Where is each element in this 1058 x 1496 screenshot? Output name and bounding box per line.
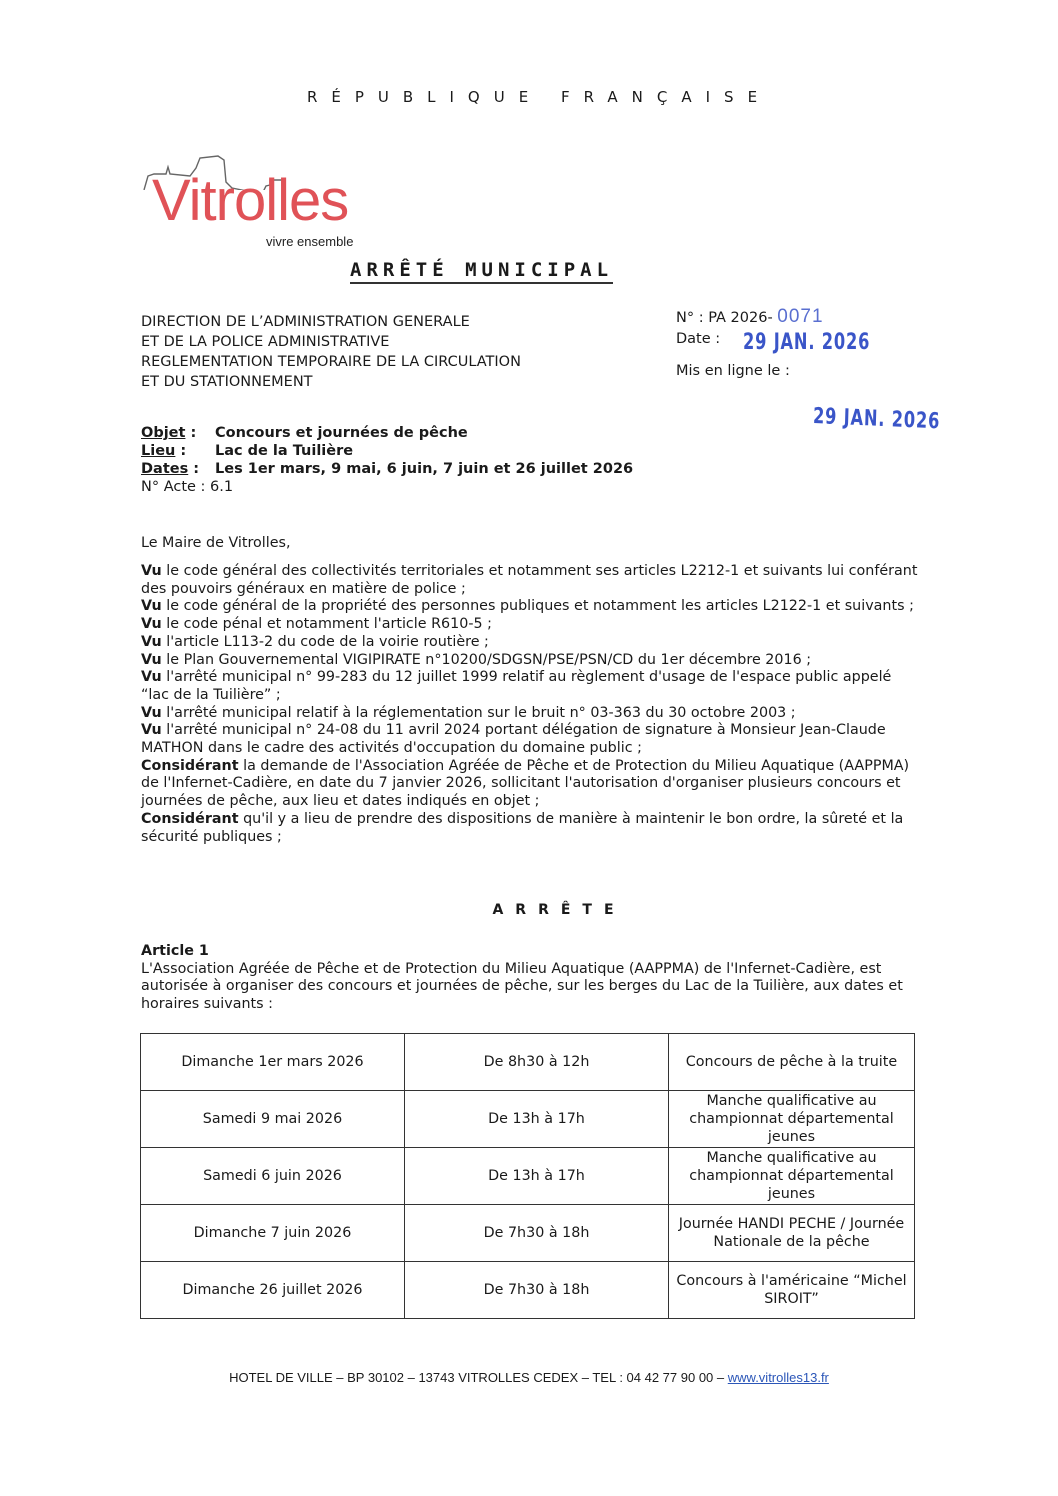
schedule-date: Dimanche 1er mars 2026 (141, 1034, 405, 1091)
consideration-text: l'arrêté municipal relatif à la réglemen… (162, 705, 796, 721)
schedule-event: Manche qualificative au championnat dépa… (669, 1091, 915, 1148)
consideration-lead: Vu (141, 705, 162, 721)
schedule-event: Concours à l'américaine “Michel SIROIT” (669, 1262, 915, 1319)
schedule-hours: De 7h30 à 18h (405, 1262, 669, 1319)
consideration-item: Vu l'arrêté municipal relatif à la régle… (141, 705, 919, 723)
acte-number: N° Acte : 6.1 (141, 478, 633, 496)
consideration-text: l'arrêté municipal n° 99-283 du 12 juill… (141, 669, 891, 703)
consideration-item: Vu l'arrêté municipal n° 99-283 du 12 ju… (141, 669, 919, 704)
vitrolles-logo: Vitrolles vivre ensemble (140, 150, 400, 255)
consideration-item: Vu le Plan Gouvernemental VIGIPIRATE n°1… (141, 652, 919, 670)
schedule-hours: De 13h à 17h (405, 1148, 669, 1205)
dates-value: Les 1er mars, 9 mai, 6 juin, 7 juin et 2… (215, 461, 633, 477)
schedule-date: Dimanche 7 juin 2026 (141, 1205, 405, 1262)
consideration-item: Vu le code pénal et notamment l'article … (141, 616, 919, 634)
schedule-date: Samedi 9 mai 2026 (141, 1091, 405, 1148)
consideration-text: le code général de la propriété des pers… (162, 598, 914, 614)
consideration-lead: Considérant (141, 811, 239, 827)
consideration-item: Considérant la demande de l'Association … (141, 758, 919, 811)
article-1-text: L'Association Agréée de Pêche et de Prot… (141, 961, 919, 1014)
department-line: REGLEMENTATION TEMPORAIRE DE LA CIRCULAT… (141, 352, 521, 372)
consideration-lead: Vu (141, 563, 162, 579)
schedule-hours: De 7h30 à 18h (405, 1205, 669, 1262)
schedule-date: Dimanche 26 juillet 2026 (141, 1262, 405, 1319)
schedule-event: Concours de pêche à la truite (669, 1034, 915, 1091)
consideration-item: Considérant qu'il y a lieu de prendre de… (141, 811, 919, 846)
logo-wordmark: Vitrolles (152, 172, 348, 230)
lieu-label: Lieu (141, 443, 175, 459)
act-number-handwritten: 0071 (777, 306, 823, 327)
consideration-item: Vu l'article L113-2 du code de la voirie… (141, 634, 919, 652)
schedule-event: Manche qualificative au championnat dépa… (669, 1148, 915, 1205)
consideration-text: l'article L113-2 du code de la voirie ro… (162, 634, 489, 650)
footer: HOTEL DE VILLE – BP 30102 – 13743 VITROL… (0, 1370, 1058, 1385)
consideration-text: le code général des collectivités territ… (141, 563, 917, 597)
consideration-text: le code pénal et notamment l'article R61… (162, 616, 492, 632)
table-row: Dimanche 1er mars 2026De 8h30 à 12hConco… (141, 1034, 915, 1091)
consideration-text: l'arrêté municipal n° 24-08 du 11 avril … (141, 722, 886, 756)
consideration-item: Vu l'arrêté municipal n° 24-08 du 11 avr… (141, 722, 919, 757)
consideration-item: Vu le code général de la propriété des p… (141, 598, 919, 616)
schedule-date: Samedi 6 juin 2026 (141, 1148, 405, 1205)
consideration-lead: Vu (141, 634, 162, 650)
online-date-label: Mis en ligne le : (676, 363, 790, 379)
consideration-lead: Considérant (141, 758, 239, 774)
objet-label: Objet (141, 425, 185, 441)
schedule-table: Dimanche 1er mars 2026De 8h30 à 12hConco… (140, 1033, 915, 1319)
arrete-heading: ARRÊTE (0, 902, 1058, 918)
republique-francaise-header: RÉPUBLIQUE FRANÇAISE (0, 88, 1058, 106)
lieu-value: Lac de la Tuilière (215, 443, 353, 459)
consideration-item: Vu le code général des collectivités ter… (141, 563, 919, 598)
objet-value: Concours et journées de pêche (215, 425, 468, 441)
subject-block: Objet :Concours et journées de pêche Lie… (141, 424, 633, 496)
department-line: DIRECTION DE L’ADMINISTRATION GENERALE (141, 312, 521, 332)
consideration-text: qu'il y a lieu de prendre des dispositio… (141, 811, 903, 845)
department-block: DIRECTION DE L’ADMINISTRATION GENERALE E… (141, 312, 521, 392)
logo-tagline: vivre ensemble (266, 234, 353, 249)
date-label: Date : (676, 331, 720, 347)
consideration-lead: Vu (141, 598, 162, 614)
schedule-hours: De 13h à 17h (405, 1091, 669, 1148)
considerations-list: Vu le code général des collectivités ter… (141, 563, 919, 846)
date-stamp: 29 JAN. 2026 (743, 330, 870, 355)
article-1: Article 1 L'Association Agréée de Pêche … (141, 943, 919, 1014)
table-row: Samedi 6 juin 2026De 13h à 17hManche qua… (141, 1148, 915, 1205)
website-link[interactable]: www.vitrolles13.fr (728, 1370, 829, 1385)
consideration-lead: Vu (141, 669, 162, 685)
article-1-title: Article 1 (141, 943, 209, 959)
department-line: ET DU STATIONNEMENT (141, 372, 521, 392)
consideration-text: le Plan Gouvernemental VIGIPIRATE n°1020… (162, 652, 811, 668)
act-number-label: N° : PA 2026- (676, 310, 773, 326)
consideration-text: la demande de l'Association Agréée de Pê… (141, 758, 909, 809)
dates-label: Dates (141, 461, 188, 477)
online-date-stamp: 29 JAN. 2026 (813, 404, 941, 434)
table-row: Dimanche 26 juillet 2026De 7h30 à 18hCon… (141, 1262, 915, 1319)
table-row: Dimanche 7 juin 2026De 7h30 à 18hJournée… (141, 1205, 915, 1262)
table-row: Samedi 9 mai 2026De 13h à 17hManche qual… (141, 1091, 915, 1148)
consideration-lead: Vu (141, 616, 162, 632)
department-line: ET DE LA POLICE ADMINISTRATIVE (141, 332, 521, 352)
greeting: Le Maire de Vitrolles, (141, 535, 919, 553)
consideration-lead: Vu (141, 722, 162, 738)
schedule-event: Journée HANDI PECHE / Journée Nationale … (669, 1205, 915, 1262)
schedule-hours: De 8h30 à 12h (405, 1034, 669, 1091)
document-title: ARRÊTÉ MUNICIPAL (350, 259, 613, 284)
footer-address: HOTEL DE VILLE – BP 30102 – 13743 VITROL… (229, 1370, 728, 1385)
consideration-lead: Vu (141, 652, 162, 668)
